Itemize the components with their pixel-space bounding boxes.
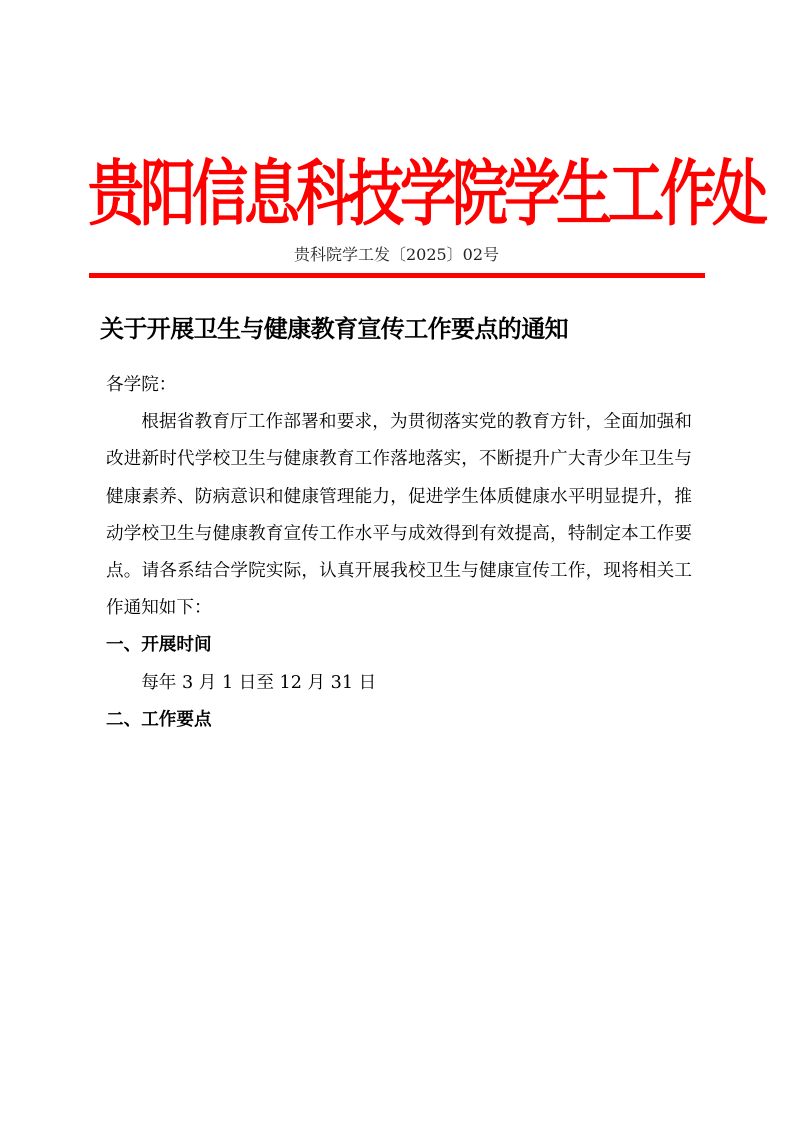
intro-paragraph: 根据省教育厅工作部署和要求，为贯彻落实党的教育方针，全面加强和改进新时代学校卫生… — [106, 404, 692, 627]
salutation: 各学院： — [106, 367, 692, 404]
masthead-title: 贵阳信息科技学院学生工作处 — [88, 138, 708, 253]
section-content-time: 每年 3 月 1 日至 12 月 31 日 — [106, 665, 692, 702]
document-title: 关于开展卫生与健康教育宣传工作要点的通知 — [100, 311, 700, 347]
document-body: 各学院： 根据省教育厅工作部署和要求，为贯彻落实党的教育方针，全面加强和改进新时… — [106, 367, 692, 739]
section-heading-time: 一、开展时间 — [106, 627, 692, 664]
red-divider — [89, 273, 705, 278]
section-heading-points: 二、工作要点 — [106, 702, 692, 739]
document-number: 贵科院学工发〔2025〕02号 — [0, 244, 793, 266]
